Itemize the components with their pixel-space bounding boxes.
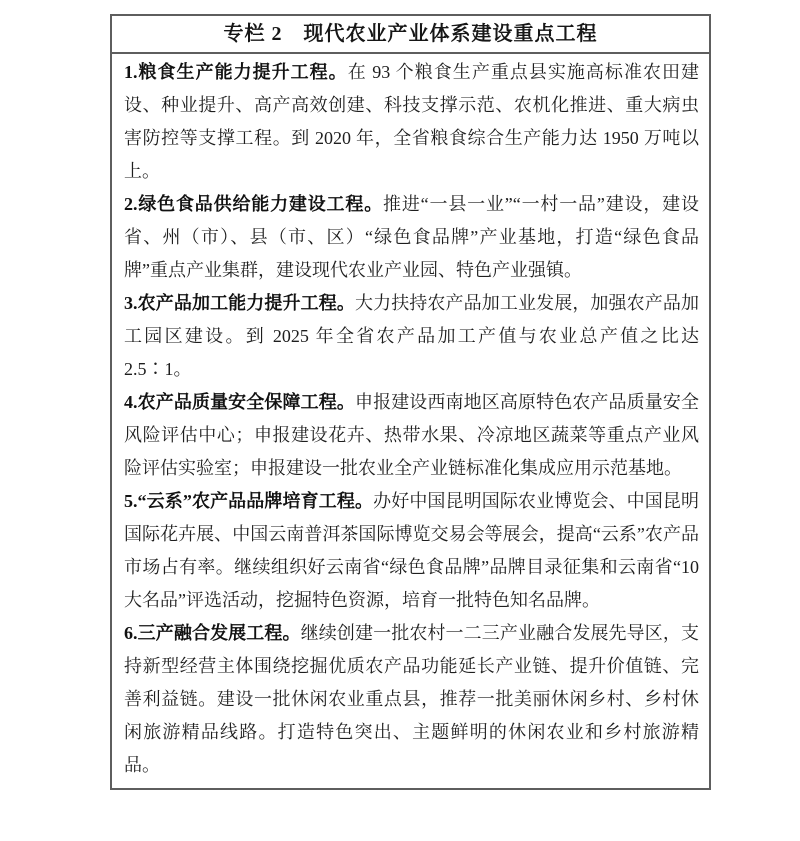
project-item-lead: 3.农产品加工能力提升工程。 <box>124 293 355 313</box>
project-item-green-food-supply: 2.绿色食品供给能力建设工程。推进“一县一业”“一村一品”建设，建设省、州（市）… <box>124 188 699 287</box>
project-item-lead: 2.绿色食品供给能力建设工程。 <box>124 194 383 214</box>
key-projects-panel: 专栏 2 现代农业产业体系建设重点工程 1.粮食生产能力提升工程。在 93 个粮… <box>110 14 711 790</box>
project-item-lead: 6.三产融合发展工程。 <box>124 623 301 643</box>
panel-title: 专栏 2 现代农业产业体系建设重点工程 <box>112 16 709 54</box>
project-item-processing-capacity: 3.农产品加工能力提升工程。大力扶持农产品加工业发展，加强农产品加工园区建设。到… <box>124 287 699 386</box>
project-item-grain-capacity: 1.粮食生产能力提升工程。在 93 个粮食生产重点县实施高标准农田建设、种业提升… <box>124 56 699 188</box>
project-item-lead: 1.粮食生产能力提升工程。 <box>124 62 348 82</box>
project-item-lead: 5.“云系”农产品品牌培育工程。 <box>124 491 373 511</box>
project-item-brand-cultivation: 5.“云系”农产品品牌培育工程。办好中国昆明国际农业博览会、中国昆明国际花卉展、… <box>124 485 699 617</box>
project-item-quality-safety: 4.农产品质量安全保障工程。申报建设西南地区高原特色农产品质量安全风险评估中心；… <box>124 386 699 485</box>
document-page: 专栏 2 现代农业产业体系建设重点工程 1.粮食生产能力提升工程。在 93 个粮… <box>0 0 800 841</box>
project-item-body: 继续创建一批农村一二三产业融合发展先导区，支持新型经营主体围绕挖掘优质农产品功能… <box>124 623 699 775</box>
project-item-lead: 4.农产品质量安全保障工程。 <box>124 392 355 412</box>
panel-body: 1.粮食生产能力提升工程。在 93 个粮食生产重点县实施高标准农田建设、种业提升… <box>112 54 709 788</box>
project-item-industry-integration: 6.三产融合发展工程。继续创建一批农村一二三产业融合发展先导区，支持新型经营主体… <box>124 617 699 782</box>
